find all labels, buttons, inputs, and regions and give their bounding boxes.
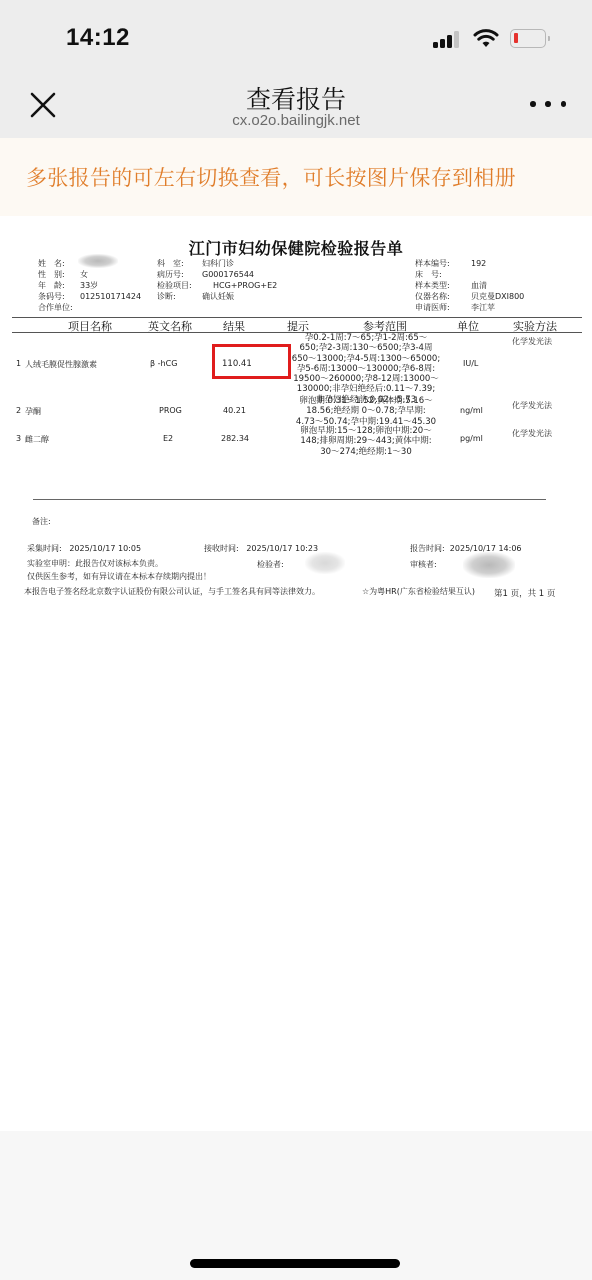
lab-advice: 仅供医生参考，如有异议请在本标本存续期内提出！ xyxy=(27,571,211,582)
row-reference: 卵泡期:0.31～1.52;黄体期:5.16～ 18.56;绝经期 0～0.78… xyxy=(250,396,482,427)
status-time: 14:12 xyxy=(66,24,130,52)
sample-instrument: 仪器名称:贝克曼DXI800 xyxy=(415,291,524,302)
report-image[interactable]: 江门市妇幼保健院检验报告单 姓 名: 性 别:女 年 龄:33岁 条码号:012… xyxy=(0,216,592,1131)
examiner-label: 检验者: xyxy=(257,559,284,570)
patient-gender: 性 别:女 xyxy=(38,269,88,280)
row-index: 2 xyxy=(16,406,21,415)
collect-time: 采集时间: 2025/10/17 10:05 xyxy=(27,543,141,554)
row-index: 1 xyxy=(16,359,21,368)
row-name: 雌二醇 xyxy=(25,434,49,445)
visit-items: 检验项目:HCG+PROG+E2 xyxy=(157,280,277,291)
row-reference: 卵泡早期:15～128;卵泡中期:20～ 148;排卵周期:29～443;黄体中… xyxy=(250,426,482,457)
examiner-signature xyxy=(305,552,345,574)
row-unit: ng/ml xyxy=(460,406,483,415)
patient-name: 姓 名: xyxy=(38,258,65,269)
reviewer-signature xyxy=(463,552,515,578)
patient-age: 年 龄:33岁 xyxy=(38,280,98,291)
row-name: 孕酮 xyxy=(25,406,41,417)
patient-partner: 合作单位: xyxy=(38,302,73,313)
redacted-name xyxy=(78,254,118,268)
page-indicator: 第1 页，共 1 页 xyxy=(494,587,555,599)
receive-time: 接收时间: 2025/10/17 10:23 xyxy=(204,543,318,554)
wifi-icon xyxy=(473,28,499,48)
cellular-signal-icon xyxy=(433,30,463,48)
lab-declaration: 实验室申明：此报告仅对该标本负责。 xyxy=(27,558,163,569)
row-name: 人绒毛膜促性腺激素 xyxy=(25,359,97,370)
sample-number: 样本编号:192 xyxy=(415,258,486,269)
bottom-area xyxy=(0,1131,592,1280)
battery-low-icon xyxy=(510,29,546,48)
notice-banner: 多张报告的可左右切换查看，可长按图片保存到相册 xyxy=(0,138,592,216)
sample-doctor: 申请医师:李江苹 xyxy=(415,302,495,313)
home-indicator[interactable] xyxy=(190,1259,400,1268)
row-method: 化学发光法 xyxy=(512,336,552,347)
page-domain: cx.o2o.bailingjk.net xyxy=(0,112,592,129)
page-title: 查看报告 xyxy=(0,80,592,116)
report-time: 报告时间: 2025/10/17 14:06 xyxy=(410,543,522,554)
row-index: 3 xyxy=(16,434,21,443)
visit-record: 病历号:G000176544 xyxy=(157,269,254,280)
mutual-recognition: ☆为粤HR(广东省检验结果互认) xyxy=(362,586,475,597)
row-unit: IU/L xyxy=(463,359,478,368)
sample-bed: 床 号: xyxy=(415,269,471,280)
row-english: PROG xyxy=(159,406,182,415)
visit-dept: 科 室:妇科门诊 xyxy=(157,258,234,269)
row-method: 化学发光法 xyxy=(512,428,552,439)
report-divider xyxy=(33,499,546,500)
visit-diagnosis: 诊断:确认妊娠 xyxy=(157,291,234,302)
top-bar: 14:12 查看报告 cx.o2o.bailingjk.net xyxy=(0,0,592,138)
row-unit: pg/ml xyxy=(460,434,483,443)
result-highlight-box xyxy=(212,344,291,379)
row-result: 282.34 xyxy=(221,434,249,443)
row-method: 化学发光法 xyxy=(512,400,552,411)
row-english: β -hCG xyxy=(150,359,177,368)
row-english: E2 xyxy=(163,434,173,443)
remark-label: 备注: xyxy=(32,516,51,527)
row-result: 40.21 xyxy=(223,406,246,415)
more-icon[interactable] xyxy=(530,96,566,112)
reviewer-label: 审核者: xyxy=(410,559,437,570)
sample-type: 样本类型:血清 xyxy=(415,280,487,291)
patient-barcode: 条码号:012510171424 xyxy=(38,291,141,302)
esign-statement: 本报告电子签名经北京数字认证股份有限公司认证，与手工签名具有同等法律效力。 xyxy=(24,586,320,597)
notice-text: 多张报告的可左右切换查看，可长按图片保存到相册 xyxy=(26,162,516,192)
